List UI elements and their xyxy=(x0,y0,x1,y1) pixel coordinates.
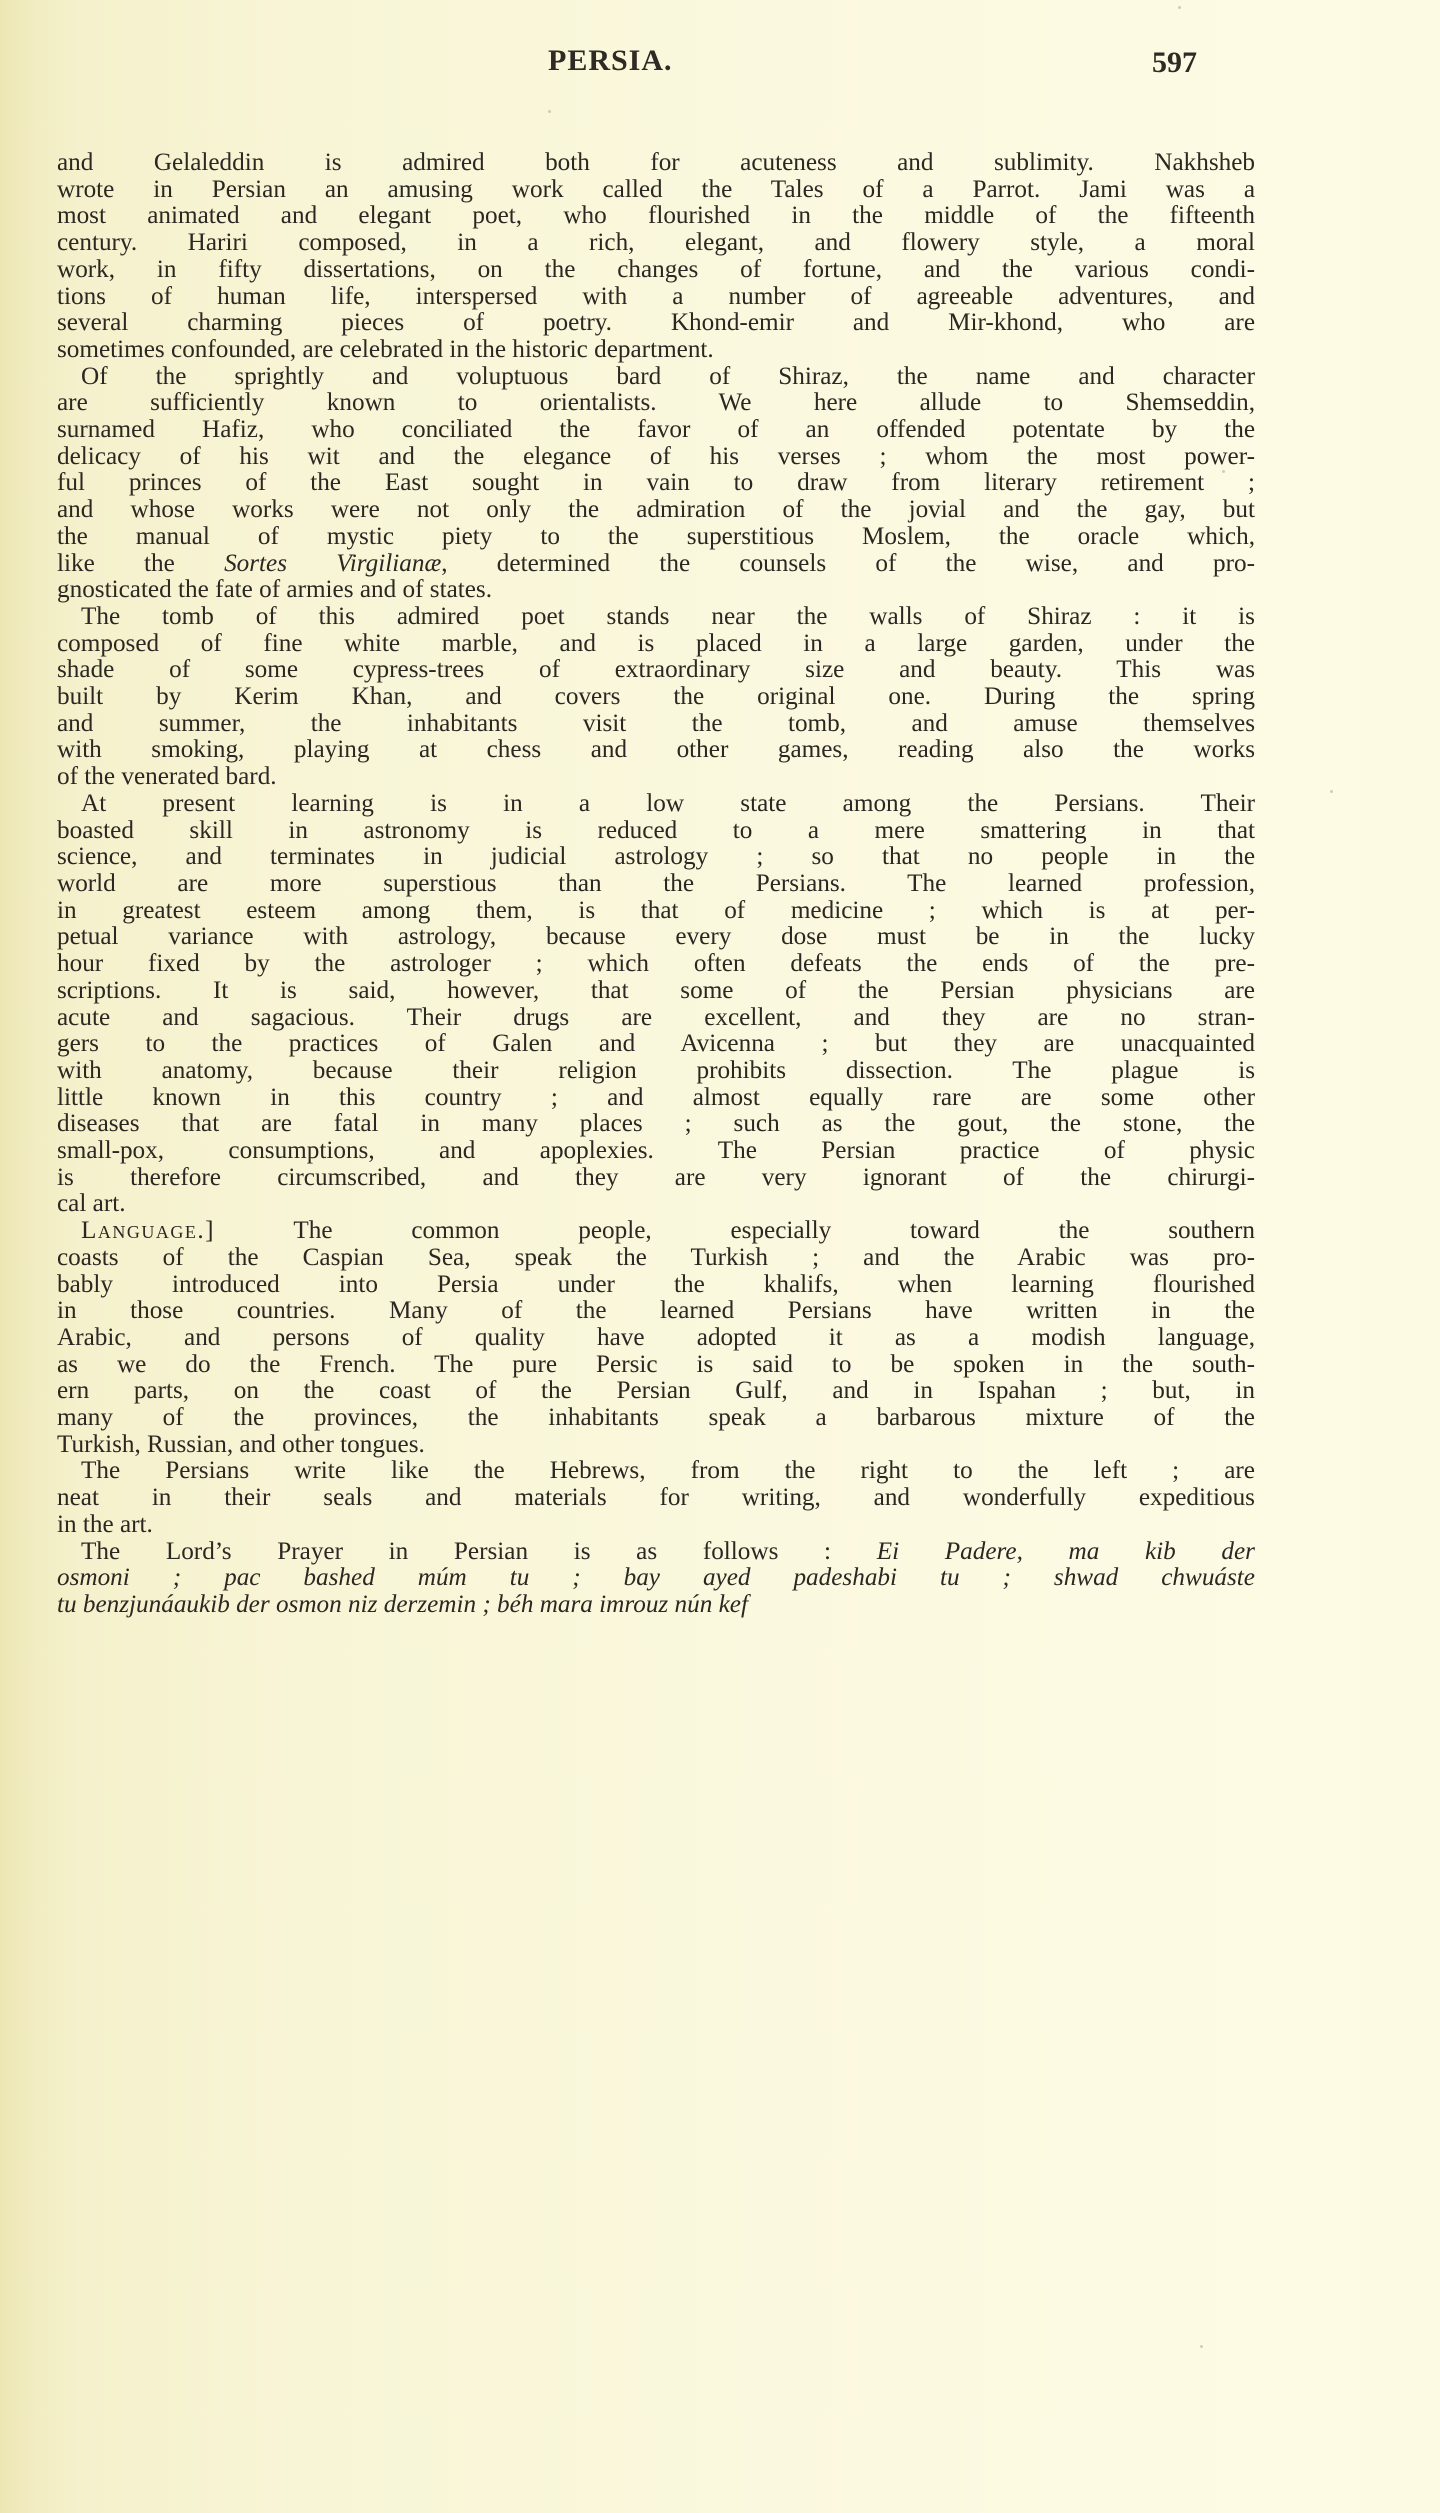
text-line: ful princes of the East sought in vain t… xyxy=(57,470,1255,497)
text-line: work, in fifty dissertations, on the cha… xyxy=(57,257,1255,284)
text-line: tions of human life, interspersed with a… xyxy=(57,284,1255,311)
text-line: tu benzjunáaukib der osmon niz derzemin … xyxy=(57,1592,1255,1619)
text-line: At present learning is in a low state am… xyxy=(57,791,1255,818)
text-line: acute and sagacious. Their drugs are exc… xyxy=(57,1005,1255,1032)
page-number: 597 xyxy=(1152,46,1197,80)
paragraph-p4: At present learning is in a low state am… xyxy=(57,791,1255,1218)
text-line: century. Hariri composed, in a rich, ele… xyxy=(57,230,1255,257)
paper-speck xyxy=(1330,790,1333,793)
text-line: of the venerated bard. xyxy=(57,764,1255,791)
text-line: delicacy of his wit and the elegance of … xyxy=(57,444,1255,471)
text-line: and summer, the inhabitants visit the to… xyxy=(57,711,1255,738)
running-title: PERSIA. xyxy=(548,44,673,78)
paragraph-p5: Language.] The common people, especially… xyxy=(57,1218,1255,1458)
text-line: Arabic, and persons of quality have adop… xyxy=(57,1325,1255,1352)
paragraph-p7: The Lord’s Prayer in Persian is as follo… xyxy=(57,1539,1255,1619)
text-line: The tomb of this admired poet stands nea… xyxy=(57,604,1255,631)
text-line: ern parts, on the coast of the Persian G… xyxy=(57,1378,1255,1405)
text-line: surnamed Hafiz, who conciliated the favo… xyxy=(57,417,1255,444)
text-line: coasts of the Caspian Sea, speak the Tur… xyxy=(57,1245,1255,1272)
text-line: hour fixed by the astrologer ; which oft… xyxy=(57,951,1255,978)
text-line: with anatomy, because their religion pro… xyxy=(57,1058,1255,1085)
section-label: Language.] xyxy=(81,1217,215,1244)
text-line: gers to the practices of Galen and Avice… xyxy=(57,1031,1255,1058)
italic-phrase: osmoni ; pac bashed múm tu ; bay ayed pa… xyxy=(57,1564,1255,1591)
paper-speck xyxy=(1222,470,1225,473)
paragraph-p3: The tomb of this admired poet stands nea… xyxy=(57,604,1255,791)
text-line: diseases that are fatal in many places ;… xyxy=(57,1111,1255,1138)
page-header: PERSIA. 597 xyxy=(0,38,1440,88)
text-line: many of the provinces, the inhabitants s… xyxy=(57,1405,1255,1432)
text-line: built by Kerim Khan, and covers the orig… xyxy=(57,684,1255,711)
text-line: Language.] The common people, especially… xyxy=(57,1218,1255,1245)
text-line: composed of fine white marble, and is pl… xyxy=(57,631,1255,658)
text-line: Of the sprightly and voluptuous bard of … xyxy=(57,364,1255,391)
text-line: in those countries. Many of the learned … xyxy=(57,1298,1255,1325)
body-text: and Gelaleddin is admired both for acute… xyxy=(57,150,1255,1619)
text-line: sometimes confounded, are celebrated in … xyxy=(57,337,1255,364)
text-line: several charming pieces of poetry. Khond… xyxy=(57,310,1255,337)
italic-phrase: Sortes Virgilianæ xyxy=(224,550,441,577)
paper-speck xyxy=(1200,2345,1203,2348)
text-line: neat in their seals and materials for wr… xyxy=(57,1485,1255,1512)
text-line: bably introduced into Persia under the k… xyxy=(57,1272,1255,1299)
text-line: are sufficiently known to orientalists. … xyxy=(57,390,1255,417)
text-line: osmoni ; pac bashed múm tu ; bay ayed pa… xyxy=(57,1565,1255,1592)
text-line: shade of some cypress-trees of extraordi… xyxy=(57,657,1255,684)
text-line: Turkish, Russian, and other tongues. xyxy=(57,1432,1255,1459)
text-line: petual variance with astrology, because … xyxy=(57,924,1255,951)
text-line: boasted skill in astronomy is reduced to… xyxy=(57,818,1255,845)
paper-speck xyxy=(548,110,551,113)
text-line: the manual of mystic piety to the supers… xyxy=(57,524,1255,551)
paragraph-p6: The Persians write like the Hebrews, fro… xyxy=(57,1458,1255,1538)
text-line: cal art. xyxy=(57,1191,1255,1218)
text-line: is therefore circumscribed, and they are… xyxy=(57,1165,1255,1192)
text-line: as we do the French. The pure Persic is … xyxy=(57,1352,1255,1379)
text-line: in the art. xyxy=(57,1512,1255,1539)
paragraph-p1: and Gelaleddin is admired both for acute… xyxy=(57,150,1255,364)
text-line: and Gelaleddin is admired both for acute… xyxy=(57,150,1255,177)
italic-phrase: tu benzjunáaukib der osmon niz derzemin … xyxy=(57,1591,748,1618)
text-line: science, and terminates in judicial astr… xyxy=(57,844,1255,871)
paragraph-p2: Of the sprightly and voluptuous bard of … xyxy=(57,364,1255,604)
text-line: little known in this country ; and almos… xyxy=(57,1085,1255,1112)
text-line: in greatest esteem among them, is that o… xyxy=(57,898,1255,925)
text-line: scriptions. It is said, however, that so… xyxy=(57,978,1255,1005)
italic-phrase: Ei Padere, ma kib der xyxy=(877,1538,1255,1565)
paper-speck xyxy=(1178,6,1181,9)
text-line: most animated and elegant poet, who flou… xyxy=(57,203,1255,230)
text-line: small-pox, consumptions, and apoplexies.… xyxy=(57,1138,1255,1165)
text-line: and whose works were not only the admira… xyxy=(57,497,1255,524)
text-line: with smoking, playing at chess and other… xyxy=(57,737,1255,764)
text-line: The Lord’s Prayer in Persian is as follo… xyxy=(57,1539,1255,1566)
text-line: like the Sortes Virgilianæ, determined t… xyxy=(57,551,1255,578)
text-line: wrote in Persian an amusing work called … xyxy=(57,177,1255,204)
text-line: world are more superstious than the Pers… xyxy=(57,871,1255,898)
text-line: The Persians write like the Hebrews, fro… xyxy=(57,1458,1255,1485)
text-line: gnosticated the fate of armies and of st… xyxy=(57,577,1255,604)
